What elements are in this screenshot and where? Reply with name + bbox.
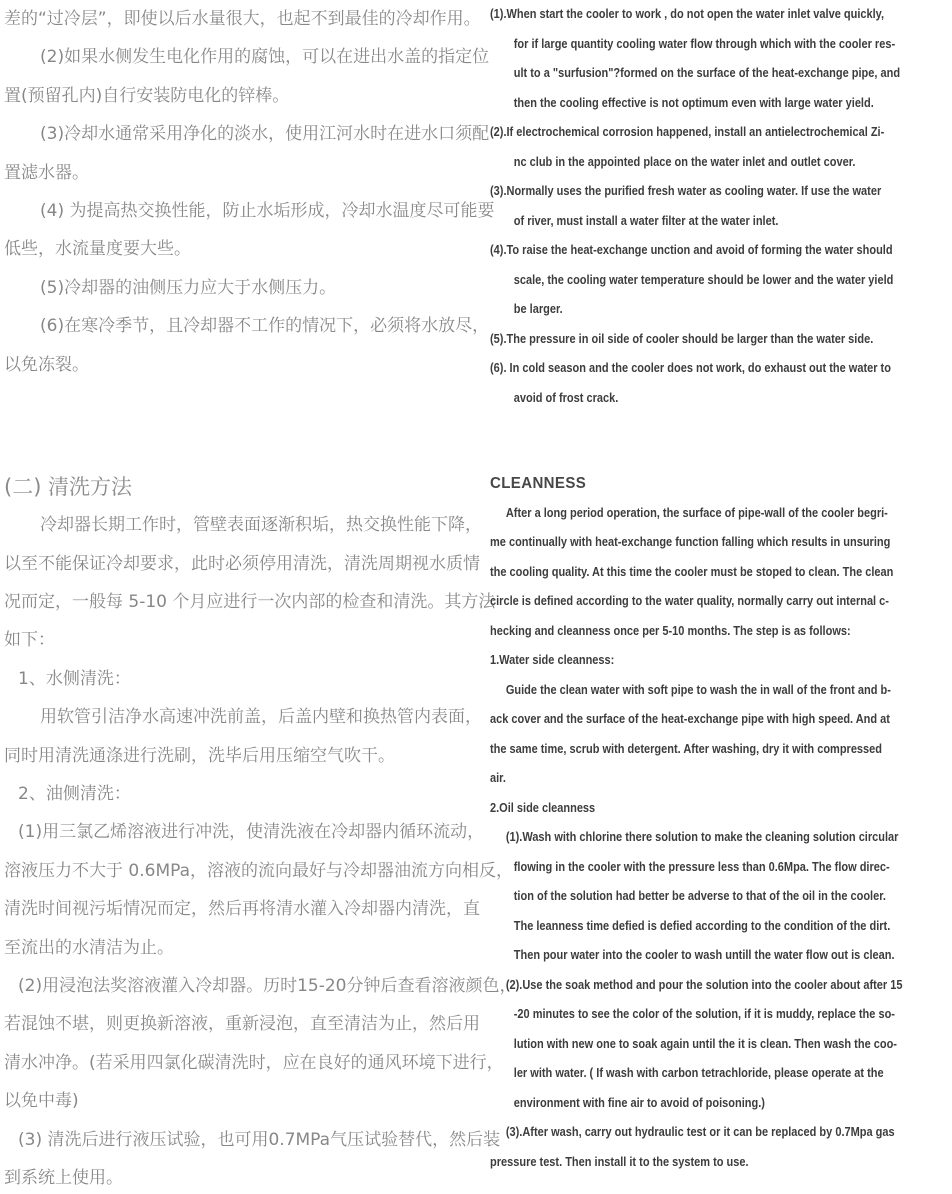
text-line: (2)如果水侧发生电化作用的腐蚀，可以在进出水盖的指定位 [4,38,472,76]
text-line: be larger. [490,295,897,325]
english-column: (1).When start the cooler to work , do n… [490,0,952,1177]
text-line: 溶液压力不大于 0.6MPa，溶液的流向最好与冷却器油流方向相反， [4,852,472,890]
text-line: 用软管引洁净水高速冲洗前盖，后盖内壁和换热管内表面， [4,698,472,736]
text-line: (3) 清洗后进行液压试验，也可用0.7MPa气压试验替代，然后装 [4,1121,472,1159]
text-line: (6)在寒冷季节，且冷却器不工作的情况下，必须将水放尽， [4,307,472,345]
text-line: air. [490,764,897,794]
text-line: 清洗时间视污垢情况而定，然后再将清水灌入冷却器内清洗，直 [4,890,472,928]
text-line: nc club in the appointed place on the wa… [490,148,897,178]
text-line: 2.Oil side cleanness [490,794,897,824]
text-line: 差的“过冷层”，即使以后水量很大，也起不到最佳的冷却作用。 [4,0,472,38]
text-line: 低些，水流量度要大些。 [4,230,472,268]
text-line: 清水冲净。(若采用四氯化碳清洗时，应在良好的通风环境下进行， [4,1044,472,1082]
text-line: (1).When start the cooler to work , do n… [490,0,897,30]
text-line: (1)用三氯乙烯溶液进行冲洗，使清洗液在冷却器内循环流动， [4,813,472,851]
text-line: (2)用浸泡法奖溶液灌入冷却器。历时15-20分钟后查看溶液颜色， [4,967,472,1005]
text-line: Guide the clean water with soft pipe to … [490,676,897,706]
text-line: (3).After wash, carry out hydraulic test… [490,1118,897,1148]
text-line: (4).To raise the heat-exchange unction a… [490,236,897,266]
chinese-column: 差的“过冷层”，即使以后水量很大，也起不到最佳的冷却作用。(2)如果水侧发生电化… [4,0,472,1194]
text-line: avoid of frost crack. [490,384,897,414]
text-line: (1).Wash with chlorine there solution to… [490,823,897,853]
text-line: the same time, scrub with detergent. Aft… [490,735,897,765]
text-line: 以免冻裂。 [4,346,472,384]
text-line: (2).If electrochemical corrosion happene… [490,118,897,148]
text-line: 以免中毒) [4,1082,472,1120]
cleaning-method-body-zh: 冷却器长期工作时，管壁表面逐渐积垢，热交换性能下降，以至不能保证冷却要求，此时必… [4,506,472,1194]
text-line: 置(预留孔内)自行安装防电化的锌棒。 [4,77,472,115]
text-line: 1、水侧清洗： [4,660,472,698]
text-line: 1.Water side cleanness: [490,646,897,676]
usage-notes-zh: 差的“过冷层”，即使以后水量很大，也起不到最佳的冷却作用。(2)如果水侧发生电化… [4,0,472,384]
text-line: for if large quantity cooling water flow… [490,30,897,60]
cleanness-body-en: After a long period operation, the surfa… [490,499,952,1178]
text-line: After a long period operation, the surfa… [490,499,897,529]
text-line: ult to a "surfusion"?formed on the surfa… [490,59,897,89]
text-line: tion of the solution had better be adver… [490,882,897,912]
text-line: pressure test. Then install it to the sy… [490,1148,897,1178]
manual-page: 差的“过冷层”，即使以后水量很大，也起不到最佳的冷却作用。(2)如果水侧发生电化… [0,0,952,1194]
text-line: -20 minutes to see the color of the solu… [490,1000,897,1030]
text-line: of river, must install a water filter at… [490,207,897,237]
text-line: ack cover and the surface of the heat-ex… [490,705,897,735]
text-line: the cooling quality. At this time the co… [490,558,897,588]
text-line: me continually with heat-exchange functi… [490,528,897,558]
text-line: scale, the cooling water temperature sho… [490,266,897,296]
text-line: circle is defined according to the water… [490,587,897,617]
text-line: 况而定，一般每 5-10 个月应进行一次内部的检查和清洗。其方法 [4,583,472,621]
text-line: 到系统上使用。 [4,1159,472,1194]
text-line: lution with new one to soak again until … [490,1030,897,1060]
text-line: then the cooling effective is not optimu… [490,89,897,119]
usage-notes-en: (1).When start the cooler to work , do n… [490,0,952,413]
text-line: flowing in the cooler with the pressure … [490,853,897,883]
cleaning-method-heading-zh: (二) 清洗方法 [4,468,472,506]
text-line: environment with fine air to avoid of po… [490,1089,897,1119]
text-line: 如下： [4,621,472,659]
text-line: 以至不能保证冷却要求，此时必须停用清洗，清洗周期视水质情 [4,545,472,583]
text-line: 冷却器长期工作时，管壁表面逐渐积垢，热交换性能下降， [4,506,472,544]
text-line: (3).Normally uses the purified fresh wat… [490,177,897,207]
text-line: (3)冷却水通常采用净化的淡水，使用江河水时在进水口须配 [4,115,472,153]
text-line: (2).Use the soak method and pour the sol… [490,971,897,1001]
text-line: (4) 为提高热交换性能，防止水垢形成，冷却水温度尽可能要 [4,192,472,230]
text-line: 置滤水器。 [4,154,472,192]
text-line: The leanness time defied is defied accor… [490,912,897,942]
text-line: (6). In cold season and the cooler does … [490,354,897,384]
text-line: (5)冷却器的油侧压力应大于水侧压力。 [4,269,472,307]
text-line: Then pour water into the cooler to wash … [490,941,897,971]
text-line: 同时用清洗通涤进行洗刷，洗毕后用压缩空气吹干。 [4,737,472,775]
cleanness-heading-en: CLEANNESS [490,469,924,499]
text-line: ler with water. ( If wash with carbon te… [490,1059,897,1089]
text-line: 至流出的水清洁为止。 [4,929,472,967]
text-line: 若混蚀不堪，则更换新溶液，重新浸泡，直至清洁为止，然后用 [4,1005,472,1043]
text-line: 2、油侧清洗： [4,775,472,813]
text-line: hecking and cleanness once per 5-10 mont… [490,617,897,647]
text-line: (5).The pressure in oil side of cooler s… [490,325,897,355]
